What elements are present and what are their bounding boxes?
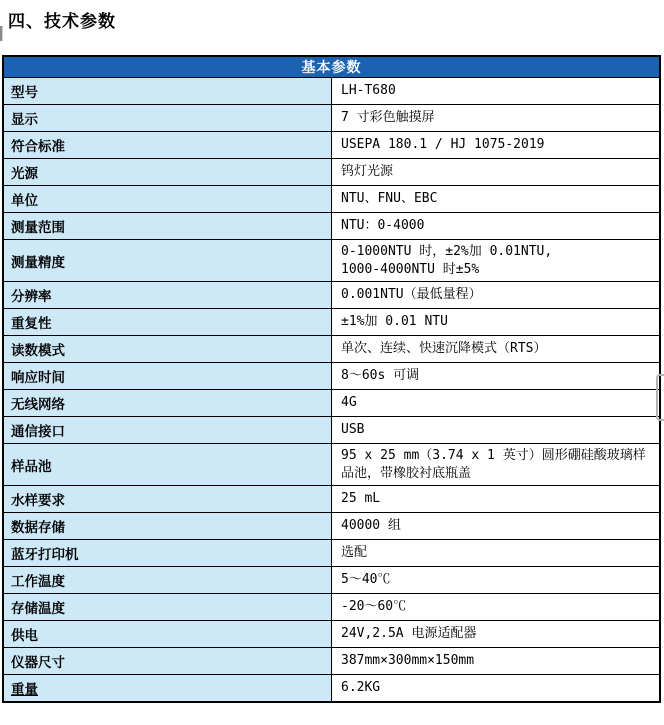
parameter-value: 5～40℃ [332, 567, 661, 594]
table-row: 通信接口 USB [3, 417, 660, 444]
table-row: 符合标准 USEPA 180.1 / HJ 1075-2019 [3, 132, 660, 159]
parameter-value: 95 x 25 mm（3.74 x 1 英寸）圆形硼硅酸玻璃样品池，带橡胶衬底瓶… [332, 444, 661, 486]
scroll-handle-partial[interactable] [656, 374, 664, 421]
parameter-value: 8～60s 可调 [332, 363, 661, 390]
parameter-label: 单位 [3, 186, 332, 213]
parameter-label: 型号 [3, 78, 332, 105]
table-header-title: 基本参数 [3, 56, 660, 78]
parameter-label: 存储温度 [3, 594, 332, 621]
table-row: 仪器尺寸 387mm×300mm×150mm [3, 648, 660, 675]
parameter-value: USB [332, 417, 661, 444]
parameter-label: 仪器尺寸 [3, 648, 332, 675]
parameter-value: 0-1000NTU 时，±2%加 0.01NTU, 1000-4000NTU 时… [332, 240, 661, 282]
table-header-row: 基本参数 [3, 56, 660, 78]
parameter-label: 样品池 [3, 444, 332, 486]
parameter-value: NTU：0-4000 [332, 213, 661, 240]
table-row: 分辨率 0.001NTU（最低量程） [3, 282, 660, 309]
parameter-value: NTU、FNU、EBC [332, 186, 661, 213]
table-row: 供电 24V,2.5A 电源适配器 [3, 621, 660, 648]
table-row: 响应时间 8～60s 可调 [3, 363, 660, 390]
parameter-label: 符合标准 [3, 132, 332, 159]
table-row: 读数模式 单次、连续、快速沉降模式（RTS） [3, 336, 660, 363]
parameter-label: 读数模式 [3, 336, 332, 363]
parameter-label: 测量范围 [3, 213, 332, 240]
parameter-label: 重复性 [3, 309, 332, 336]
parameter-value: 4G [332, 390, 661, 417]
parameter-value: 40000 组 [332, 513, 661, 540]
table-row: 数据存储 40000 组 [3, 513, 660, 540]
table-row: 显示 7 寸彩色触摸屏 [3, 105, 660, 132]
parameter-value: ±1%加 0.01 NTU [332, 309, 661, 336]
table-row: 单位 NTU、FNU、EBC [3, 186, 660, 213]
parameter-label: 通信接口 [3, 417, 332, 444]
table-row: 型号 LH-T680 [3, 78, 660, 105]
parameter-value: 选配 [332, 540, 661, 567]
parameter-value: LH-T680 [332, 78, 661, 105]
table-row: 工作温度 5～40℃ [3, 567, 660, 594]
parameter-label: 测量精度 [3, 240, 332, 282]
parameter-label: 数据存储 [3, 513, 332, 540]
table-row: 蓝牙打印机 选配 [3, 540, 660, 567]
parameter-label: 响应时间 [3, 363, 332, 390]
parameter-value: 7 寸彩色触摸屏 [332, 105, 661, 132]
table-row: 样品池 95 x 25 mm（3.74 x 1 英寸）圆形硼硅酸玻璃样品池，带橡… [3, 444, 660, 486]
parameter-label: 分辨率 [3, 282, 332, 309]
parameter-value: 0.001NTU（最低量程） [332, 282, 661, 309]
table-row: 无线网络 4G [3, 390, 660, 417]
table-row: 存储温度 -20～60℃ [3, 594, 660, 621]
table-row: 测量范围 NTU：0-4000 [3, 213, 660, 240]
basic-parameters-table: 基本参数 型号 LH-T680 显示 7 寸彩色触摸屏 符合标准 USEPA 1… [2, 55, 661, 703]
parameter-label: 工作温度 [3, 567, 332, 594]
parameter-value: 25 mL [332, 486, 661, 513]
parameter-value: USEPA 180.1 / HJ 1075-2019 [332, 132, 661, 159]
parameter-value: 24V,2.5A 电源适配器 [332, 621, 661, 648]
table-row: 测量精度 0-1000NTU 时，±2%加 0.01NTU, 1000-4000… [3, 240, 660, 282]
parameter-value: -20～60℃ [332, 594, 661, 621]
spec-table-body: 型号 LH-T680 显示 7 寸彩色触摸屏 符合标准 USEPA 180.1 … [3, 78, 660, 703]
page-title: 四、技术参数 [8, 7, 116, 32]
parameter-label: 显示 [3, 105, 332, 132]
table-row: 光源 钨灯光源 [3, 159, 660, 186]
parameter-label: 光源 [3, 159, 332, 186]
table-row: 重量 6.2KG [3, 675, 660, 703]
parameter-value: 387mm×300mm×150mm [332, 648, 661, 675]
table-row: 水样要求 25 mL [3, 486, 660, 513]
parameter-value: 钨灯光源 [332, 159, 661, 186]
table-row: 重复性 ±1%加 0.01 NTU [3, 309, 660, 336]
parameter-label: 供电 [3, 621, 332, 648]
text-cursor-artifact [0, 26, 3, 41]
parameter-label: 重量 [3, 675, 332, 703]
parameter-label: 蓝牙打印机 [3, 540, 332, 567]
parameter-value: 6.2KG [332, 675, 661, 703]
parameter-value: 单次、连续、快速沉降模式（RTS） [332, 336, 661, 363]
parameter-label: 无线网络 [3, 390, 332, 417]
parameter-label: 水样要求 [3, 486, 332, 513]
